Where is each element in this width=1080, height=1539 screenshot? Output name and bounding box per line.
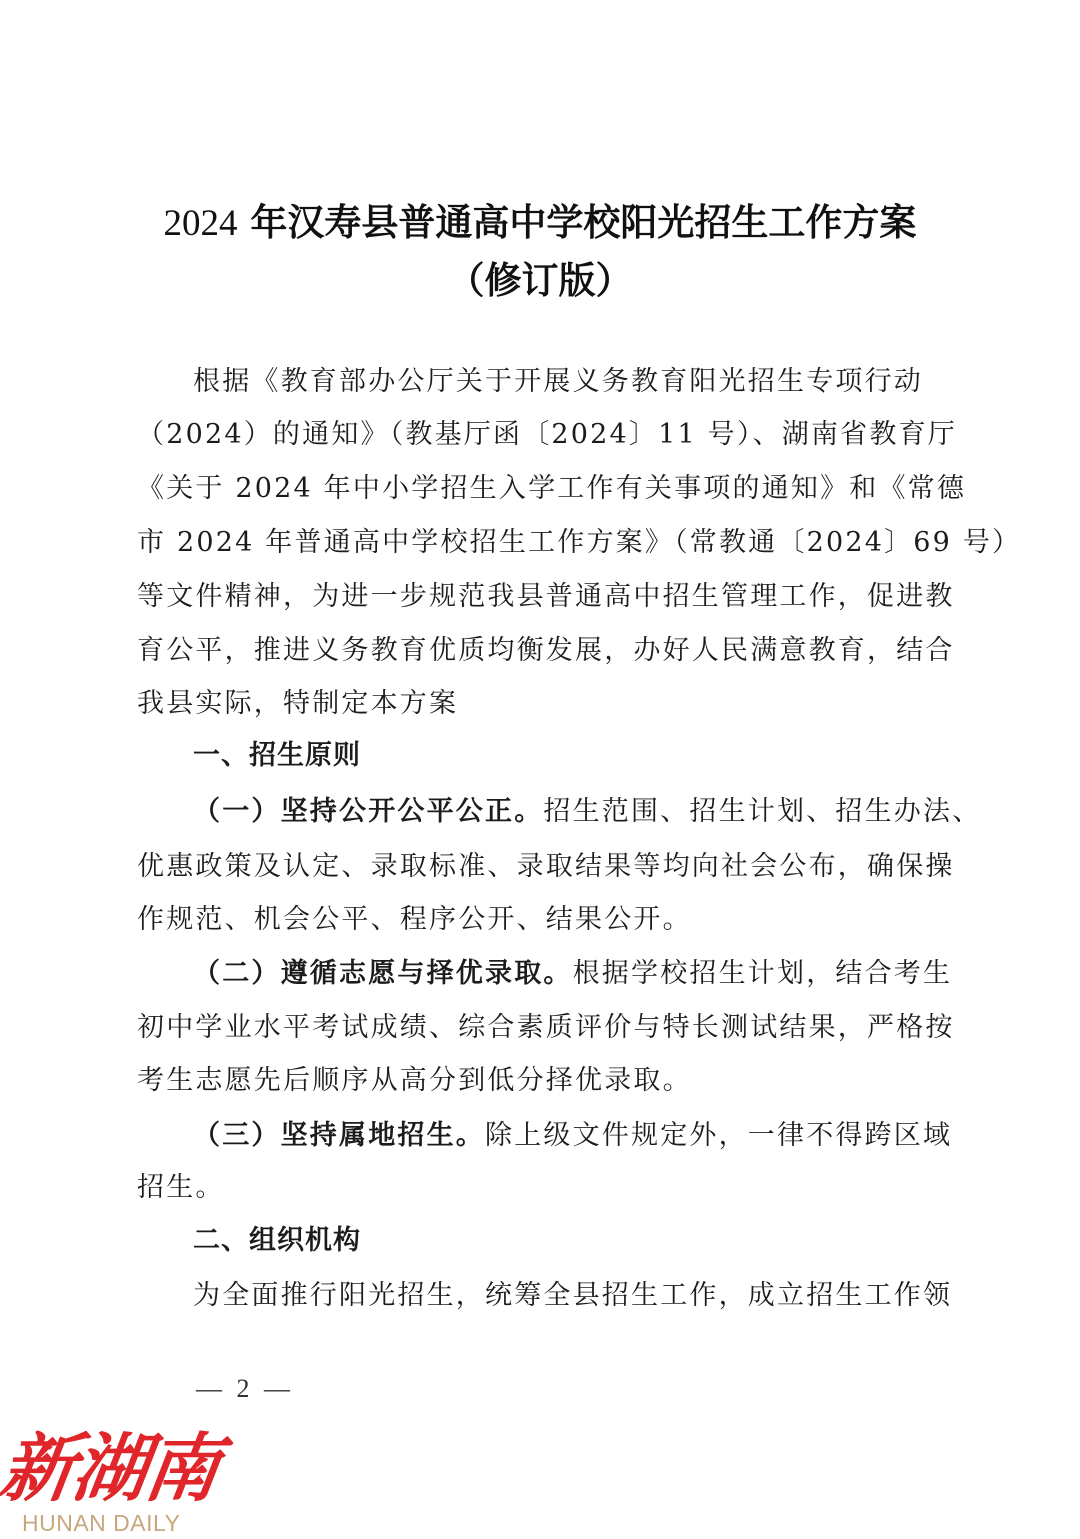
section-heading: 二、组织机构: [193, 1225, 1003, 1257]
hunan-daily-logo-icon: 新湖南: [0, 1410, 225, 1516]
hunan-daily-wordmark: HUNAN DAILY: [22, 1510, 180, 1537]
page-number: — 2 —: [196, 1374, 294, 1404]
text-line: 招生。: [137, 1172, 947, 1204]
text-line: 市 2024 年普通高中学校招生工作方案》（常教通〔2024〕69 号）: [137, 527, 947, 559]
text-line: 育公平，推进义务教育优质均衡发展，办好人民满意教育，结合: [137, 635, 947, 667]
text-line: 优惠政策及认定、录取标准、录取结果等均向社会公布，确保操: [137, 851, 947, 883]
principle-text: 除上级文件规定外，一律不得跨区域: [485, 1120, 952, 1151]
text-line: 初中学业水平考试成绩、综合素质评价与特长测试结果，严格按: [137, 1012, 947, 1044]
text-line: 等文件精神，为进一步规范我县普通高中招生管理工作，促进教: [137, 581, 947, 613]
text-line: （二）遵循志愿与择优录取。根据学校招生计划，结合考生: [193, 958, 1003, 990]
principle-text: 根据学校招生计划，结合考生: [573, 958, 953, 989]
text-line: 我县实际，特制定本方案: [137, 688, 947, 720]
principle-text: 招生范围、招生计划、招生办法、: [543, 796, 981, 827]
title-line-2: （修订版）: [0, 250, 1080, 304]
title-year: 2024: [164, 203, 238, 244]
title-line-1: 2024 年汉寿县普通高中学校阳光招生工作方案: [0, 192, 1080, 246]
principle-title: （一）坚持公开公平公正。: [193, 796, 543, 827]
text-line: （三）坚持属地招生。除上级文件规定外，一律不得跨区域: [193, 1120, 1003, 1152]
text-line: （2024）的通知》（教基厅函〔2024〕11 号）、湖南省教育厅: [137, 419, 947, 451]
text-line: 作规范、机会公平、程序公开、结果公开。: [137, 904, 947, 936]
text-line: （一）坚持公开公平公正。招生范围、招生计划、招生办法、: [193, 796, 1003, 828]
text-line: 为全面推行阳光招生，统筹全县招生工作，成立招生工作领: [193, 1280, 1003, 1312]
section-heading: 一、招生原则: [193, 740, 1003, 772]
text-line: 《关于 2024 年中小学招生入学工作有关事项的通知》和《常德: [137, 473, 947, 505]
text-line: 考生志愿先后顺序从高分到低分择优录取。: [137, 1065, 947, 1097]
title-text: 年汉寿县普通高中学校阳光招生工作方案: [238, 201, 917, 244]
principle-title: （三）坚持属地招生。: [193, 1120, 485, 1151]
principle-title: （二）遵循志愿与择优录取。: [193, 958, 573, 989]
text-line: 根据《教育部办公厅关于开展义务教育阳光招生专项行动: [193, 366, 1003, 398]
